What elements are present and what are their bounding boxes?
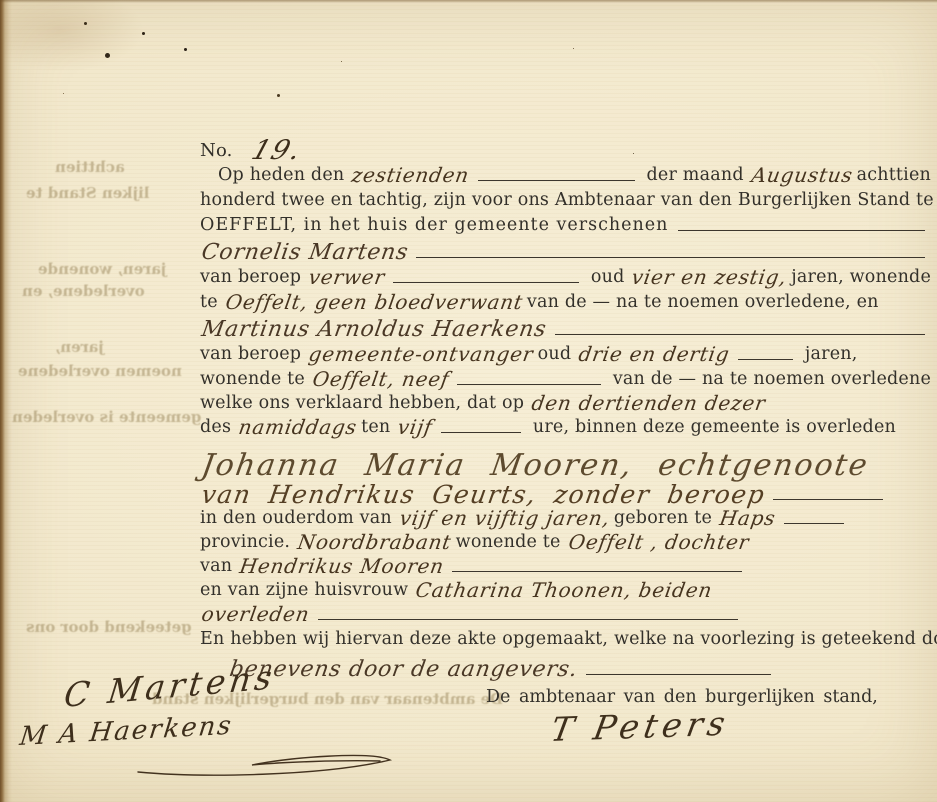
- ink-specks: [142, 32, 145, 35]
- handwritten-text: drie en dertig: [577, 343, 731, 366]
- printed-text: te: [200, 291, 218, 314]
- printed-text: oud: [538, 343, 572, 366]
- printed-text: ten: [361, 416, 390, 439]
- handwritten-text: Noordbrabant: [296, 531, 453, 554]
- printed-text: van beroep: [200, 343, 301, 366]
- ruled-line: [478, 180, 635, 181]
- bleedthrough-text: achttien: [55, 158, 125, 176]
- certificate-line: Cornelis Martens: [200, 237, 931, 264]
- bleedthrough-text: jaren,: [55, 338, 104, 356]
- bleedthrough-text: gemeente is overleden: [12, 408, 201, 426]
- printed-text: achttien: [857, 164, 931, 187]
- certificate-line: provincie. Noordbrabant wonende te Oeffe…: [200, 530, 931, 554]
- registrar-title: De ambtenaar van den burgerlijken stand,: [486, 687, 878, 707]
- printed-text: des: [200, 416, 231, 439]
- printed-text: jaren, wonende: [791, 266, 931, 289]
- page-top-edge: [0, 0, 937, 3]
- bleedthrough-text: geteekend door ons: [26, 618, 192, 636]
- handwritten-text: Hendrikus Mooren: [238, 555, 446, 578]
- ruled-line: [555, 334, 926, 335]
- handwritten-text: Augustus: [750, 164, 855, 187]
- printed-text: van beroep: [200, 266, 301, 289]
- printed-text: en van zijne huisvrouw: [200, 579, 408, 602]
- printed-text: honderd twee en tachtig, zijn voor ons A…: [200, 189, 934, 212]
- ruled-line: [452, 571, 742, 572]
- handwritten-text: Cornelis Martens: [200, 241, 410, 264]
- certificate-line: en van zijne huisvrouw Catharina Thoonen…: [200, 578, 931, 602]
- certificate-line: benevens door de aangevers.: [200, 651, 931, 681]
- ruled-line: [678, 230, 925, 231]
- printed-text: van de — na te noemen overledene: [613, 368, 931, 391]
- handwritten-text: vijf en vijftig jaren,: [398, 507, 612, 530]
- ruled-line: [738, 359, 793, 360]
- handwritten-text: Martinus Arnoldus Haerkens: [200, 318, 548, 341]
- deceased-name-line: Johanna Maria Mooren, echtgenoote: [200, 439, 931, 477]
- bleedthrough-text: jaren, wonende: [38, 260, 166, 278]
- certificate-line: wonende te Oeffelt, neef van de — na te …: [200, 366, 931, 391]
- signature-registrar: T Peters: [548, 704, 733, 749]
- handwritten-text: van Hendrikus Geurts, zonder beroep: [200, 483, 767, 506]
- signature-flourish: [132, 748, 402, 780]
- ruled-line: [441, 432, 521, 433]
- handwritten-text: Oeffelt, neef: [311, 368, 451, 391]
- printed-text: der maand: [647, 164, 744, 187]
- printed-text: Op heden den: [218, 164, 344, 187]
- certificate-line: En hebben wij hiervan deze akte opgemaak…: [200, 626, 931, 651]
- printed-text: in den ouderdom van: [200, 507, 392, 530]
- record-number-label: No.: [200, 139, 233, 162]
- printed-text: van de — na te noemen overledene, en: [527, 291, 879, 314]
- ruled-line: [318, 619, 738, 620]
- bleedthrough-text: lijken Stand te: [26, 184, 149, 202]
- certificate-line: Op heden den zestienden der maand August…: [200, 162, 931, 187]
- handwritten-text: vijf: [396, 416, 434, 439]
- certificate-line: van beroep verwer oud vier en zestig, ja…: [200, 264, 931, 289]
- certificate-line: OEFFELT, in het huis der gemeente versch…: [200, 212, 931, 237]
- certificate-line: van Hendrikus Mooren: [200, 554, 931, 578]
- handwritten-text: namiddags: [237, 416, 359, 439]
- certificate-body: No. 19. Op heden den zestienden der maan…: [200, 130, 931, 681]
- bleedthrough-text: overledene, en: [22, 282, 145, 300]
- record-number-line: No. 19.: [200, 130, 931, 162]
- handwritten-text: zestienden: [350, 164, 471, 187]
- handwritten-text: vier en zestig,: [630, 266, 788, 289]
- ruled-line: [393, 282, 579, 283]
- ruled-line: [416, 257, 925, 258]
- certificate-line: Martinus Arnoldus Haerkens: [200, 314, 931, 341]
- handwritten-text: gemeente-ontvanger: [307, 343, 535, 366]
- handwritten-text: Oeffelt , dochter: [567, 531, 751, 554]
- handwritten-text: den dertienden dezer: [530, 392, 767, 415]
- page-left-edge: [0, 0, 12, 802]
- printed-text: provincie.: [200, 531, 290, 554]
- handwritten-text: benevens door de aangevers.: [228, 658, 579, 681]
- ruled-line: [784, 523, 844, 524]
- printed-text: wonende te: [200, 368, 305, 391]
- certificate-line: honderd twee en tachtig, zijn voor ons A…: [200, 187, 931, 212]
- printed-text: jaren,: [805, 343, 858, 366]
- certificate-line: welke ons verklaard hebben, dat op den d…: [200, 391, 931, 415]
- ruled-line: [457, 384, 600, 385]
- certificate-line: van beroep gemeente-ontvanger oud drie e…: [200, 341, 931, 366]
- death-certificate-page: achttien lijken Stand te jaren, wonende …: [0, 0, 937, 802]
- printed-text: OEFFELT, in het huis der gemeente versch…: [200, 214, 668, 237]
- printed-text: geboren te: [614, 507, 712, 530]
- printed-text: oud: [591, 266, 625, 289]
- handwritten-text: Johanna Maria Mooren, echtgenoote: [200, 454, 870, 477]
- signature-declarant2: M A Haerkens: [18, 711, 235, 752]
- handwritten-text: verwer: [307, 266, 387, 289]
- certificate-line: des namiddags ten vijf ure, binnen deze …: [200, 415, 931, 439]
- ruled-line: [586, 674, 771, 675]
- record-number-value: 19.: [249, 139, 305, 162]
- handwritten-text: Oeffelt, geen bloedverwant: [224, 291, 525, 314]
- certificate-line: in den ouderdom van vijf en vijftig jare…: [200, 506, 931, 530]
- handwritten-text: overleden: [200, 603, 311, 626]
- printed-text: welke ons verklaard hebben, dat op: [200, 392, 524, 415]
- printed-text: wonende te: [456, 531, 561, 554]
- handwritten-text: Catharina Thoonen, beiden: [414, 579, 714, 602]
- certificate-line: te Oeffelt, geen bloedverwant van de — n…: [200, 289, 931, 314]
- printed-text: ure, binnen deze gemeente is overleden: [533, 416, 896, 439]
- certificate-line: overleden: [200, 602, 931, 626]
- handwritten-text: Haps: [718, 507, 777, 530]
- printed-text: van: [200, 555, 232, 578]
- ruled-line: [773, 499, 883, 500]
- printed-text: En hebben wij hiervan deze akte opgemaak…: [200, 628, 937, 651]
- bleedthrough-text: noemen overledene: [18, 362, 182, 380]
